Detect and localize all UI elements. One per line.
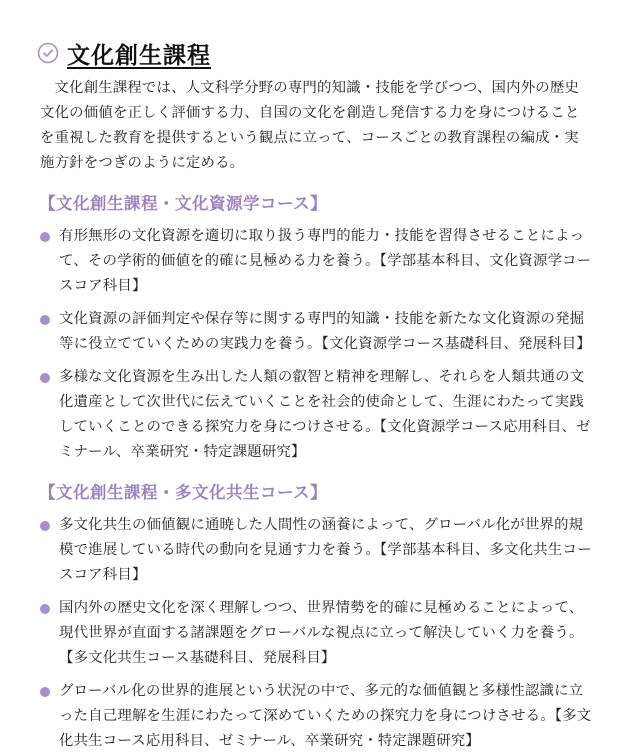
list-item-text: 国内外の歴史文化を深く理解しつつ、世界情勢を的確に見極めることによって、現代世界… <box>59 600 584 666</box>
section-header: 【文化創生課程・文化資源学コース】 <box>39 192 592 216</box>
page-title: 文化創生課程 <box>67 37 211 70</box>
list-item-text: 多様な文化資源を生み出した人類の叡智と精神を理解し、それらを人類共通の文化遺産と… <box>59 369 591 460</box>
list-item: グローバル化の世界的進展という状況の中で、多元的な価値観と多様性認識に立った自己… <box>37 679 592 754</box>
intro-paragraph: 文化創生課程では、人文科学分野の専門的知識・技能を学びつつ、国内外の歴史文化の価… <box>40 76 592 176</box>
bullet-dot-icon <box>40 232 50 242</box>
bullet-dot-icon <box>40 315 50 325</box>
bullet-dot-icon <box>40 373 50 383</box>
bullet-dot-icon <box>40 687 50 697</box>
document-page: 文化創生課程 文化創生課程では、人文科学分野の専門的知識・技能を学びつつ、国内外… <box>0 0 632 754</box>
section-header: 【文化創生課程・多文化共生コース】 <box>39 481 592 505</box>
list-item: 有形無形の文化資源を適切に取り扱う専門的能力・技能を習得させることによって、その… <box>37 224 592 299</box>
bullet-list: 多文化共生の価値観に通暁した人間性の涵養によって、グローバル化が世界的規模で進展… <box>37 513 592 754</box>
list-item: 多文化共生の価値観に通暁した人間性の涵養によって、グローバル化が世界的規模で進展… <box>37 513 592 588</box>
list-item-text: 文化資源の評価判定や保存等に関する専門的知識・技能を新たな文化資源の発掘等に役立… <box>59 311 591 352</box>
bullet-dot-icon <box>40 521 50 531</box>
circle-check-icon <box>37 42 59 64</box>
bullet-dot-icon <box>40 604 50 614</box>
section-tabunka-kyosei: 【文化創生課程・多文化共生コース】 多文化共生の価値観に通暁した人間性の涵養によ… <box>37 481 592 754</box>
list-item-text: 有形無形の文化資源を適切に取り扱う専門的能力・技能を習得させることによって、その… <box>59 228 591 294</box>
bullet-list: 有形無形の文化資源を適切に取り扱う専門的能力・技能を習得させることによって、その… <box>37 224 592 465</box>
section-bunka-shigen: 【文化創生課程・文化資源学コース】 有形無形の文化資源を適切に取り扱う専門的能力… <box>37 192 592 465</box>
list-item-text: 多文化共生の価値観に通暁した人間性の涵養によって、グローバル化が世界的規模で進展… <box>59 517 592 583</box>
list-item: 文化資源の評価判定や保存等に関する専門的知識・技能を新たな文化資源の発掘等に役立… <box>37 307 592 357</box>
list-item-text: グローバル化の世界的進展という状況の中で、多元的な価値観と多様性認識に立った自己… <box>59 683 591 749</box>
list-item: 国内外の歴史文化を深く理解しつつ、世界情勢を的確に見極めることによって、現代世界… <box>37 596 592 671</box>
title-row: 文化創生課程 <box>37 38 592 68</box>
list-item: 多様な文化資源を生み出した人類の叡智と精神を理解し、それらを人類共通の文化遺産と… <box>37 365 592 465</box>
